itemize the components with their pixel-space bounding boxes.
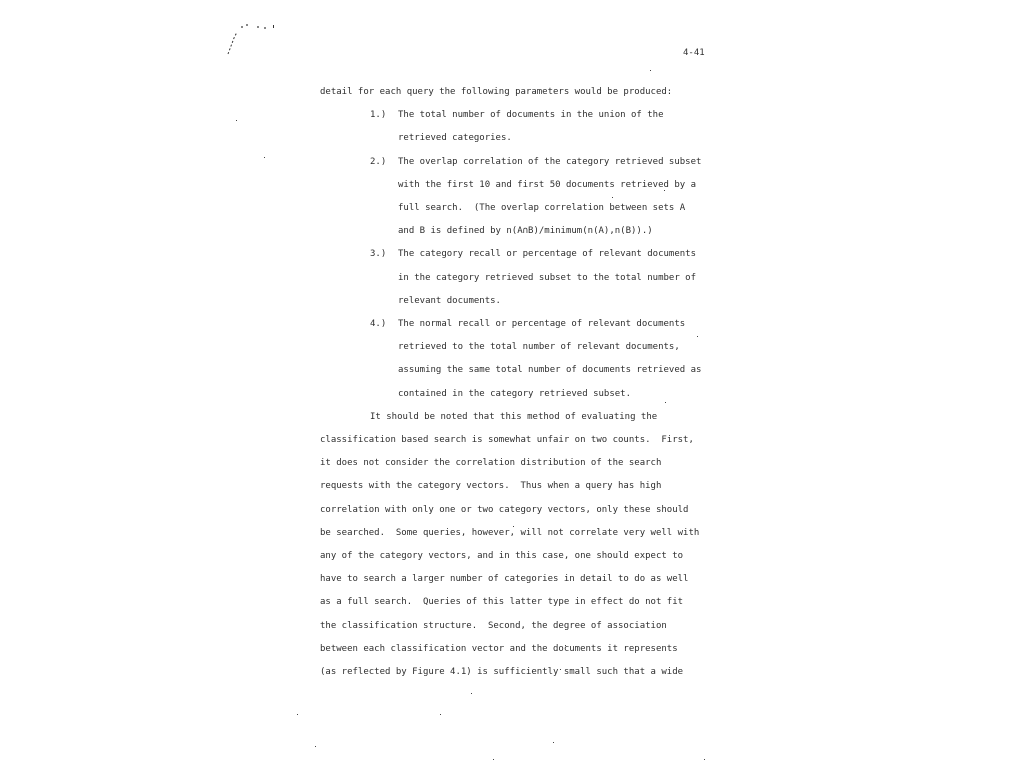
scan-speck	[513, 526, 514, 527]
scan-speck	[553, 742, 554, 743]
text-line: detail for each query the following para…	[320, 86, 672, 98]
text-line: full search. (The overlap correlation be…	[398, 202, 685, 214]
text-line: retrieved categories.	[398, 132, 512, 144]
scan-speck	[565, 645, 566, 646]
list-item-text: The category recall or percentage of rel…	[398, 248, 696, 260]
text-line: classification based search is somewhat …	[320, 434, 694, 446]
scan-speck	[297, 714, 298, 715]
scan-speck	[704, 759, 705, 760]
text-line: contained in the category retrieved subs…	[398, 388, 631, 400]
scan-speck	[664, 190, 665, 191]
text-line: have to search a larger number of catego…	[320, 573, 688, 585]
text-line: be searched. Some queries, however, will…	[320, 527, 699, 539]
scan-speck	[493, 759, 494, 760]
scan-speck	[560, 669, 561, 670]
list-item-text: The overlap correlation of the category …	[398, 156, 701, 168]
list-item-number: 2.)	[370, 156, 386, 168]
scan-speck	[650, 70, 651, 71]
text-line: it does not consider the correlation dis…	[320, 457, 661, 469]
scan-speck	[697, 336, 698, 337]
text-line: and B is defined by n(A∩B)/minimum(n(A),…	[398, 225, 653, 237]
scanned-document-page: 4-41 detail for each query the following…	[0, 0, 1024, 768]
scan-speck	[665, 402, 666, 403]
text-line: any of the category vectors, and in this…	[320, 550, 683, 562]
text-line: the classification structure. Second, th…	[320, 620, 667, 632]
text-line: retrieved to the total number of relevan…	[398, 341, 680, 353]
text-line: relevant documents.	[398, 295, 501, 307]
scan-speck	[264, 157, 265, 158]
scan-speck	[440, 714, 441, 715]
text-line: between each classification vector and t…	[320, 643, 678, 655]
text-line: as a full search. Queries of this latter…	[320, 596, 683, 608]
text-line: with the first 10 and first 50 documents…	[398, 179, 696, 191]
page-number: 4-41	[683, 47, 705, 59]
text-line: assuming the same total number of docume…	[398, 364, 701, 376]
scan-speck	[471, 693, 472, 694]
text-line: requests with the category vectors. Thus…	[320, 480, 661, 492]
scan-speck	[236, 120, 237, 121]
scan-speck	[315, 746, 316, 747]
handwritten-corner-mark	[222, 18, 282, 58]
text-line: correlation with only one or two categor…	[320, 504, 688, 516]
text-line: in the category retrieved subset to the …	[398, 272, 696, 284]
list-item-text: The total number of documents in the uni…	[398, 109, 664, 121]
list-item-number: 3.)	[370, 248, 386, 260]
text-line: It should be noted that this method of e…	[370, 411, 657, 423]
list-item-number: 1.)	[370, 109, 386, 121]
list-item-number: 4.)	[370, 318, 386, 330]
list-item-text: The normal recall or percentage of relev…	[398, 318, 685, 330]
scan-speck	[612, 197, 613, 198]
text-line: (as reflected by Figure 4.1) is sufficie…	[320, 666, 683, 678]
